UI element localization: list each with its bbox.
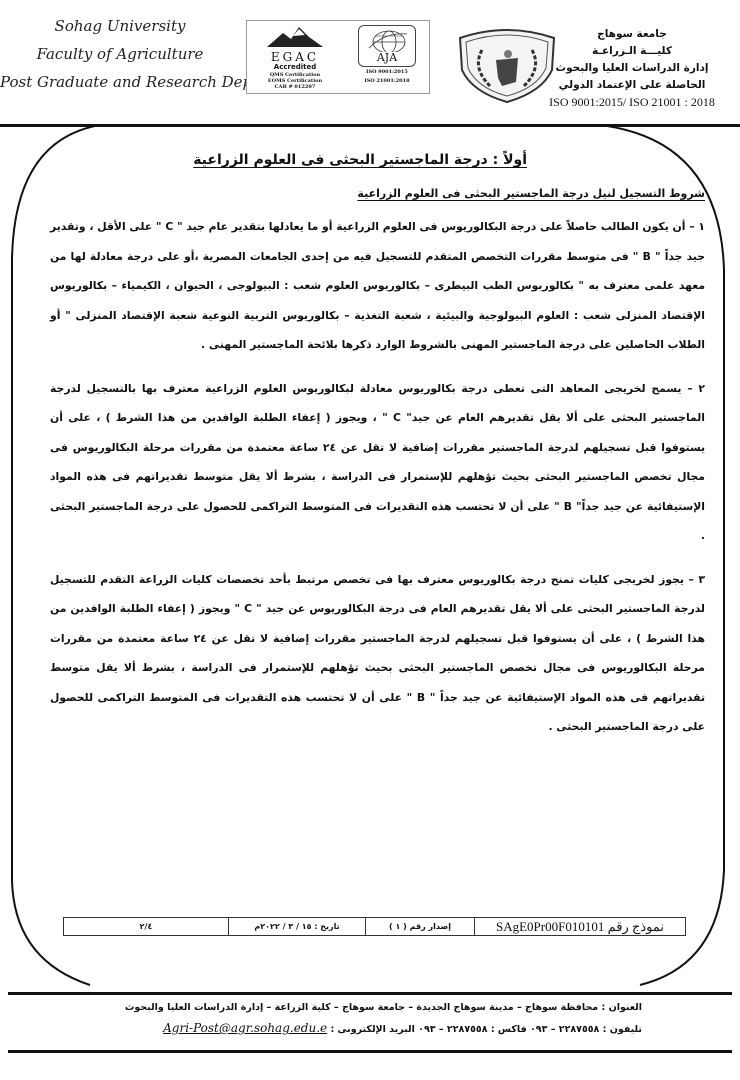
section-title: أولاً : درجة الماجستير البحثى فى العلوم … xyxy=(50,150,527,170)
university-line-ar: جامعة سوهاج xyxy=(542,26,722,43)
aja-logo: AJA ISO 9001:2015 ISO 21001:2018 xyxy=(353,25,421,85)
header-divider xyxy=(0,124,740,127)
form-number: نموذج رقم SAgE0Pr00F010101 xyxy=(474,918,685,935)
department-line-ar: إدارة الدراسات العليا والبحوث xyxy=(542,60,722,77)
university-name-arabic: جامعة سوهاج كليـــة الـزراعـة إدارة الدر… xyxy=(542,26,722,111)
footer-address: العنوان : محافظة سوهاج – مدينة سوهاج الج… xyxy=(125,998,642,1018)
footer: العنوان : محافظة سوهاج – مدينة سوهاج الج… xyxy=(125,998,642,1040)
department-line: Post Graduate and Research Depart. xyxy=(0,68,240,96)
footer-contact: تليفون : ٢٢٨٧٥٥٨ – ٠٩٣ فاكس : ٢٢٨٧٥٥٨ – … xyxy=(125,1018,642,1040)
version-number: إصدار رقم ( ١ ) xyxy=(365,918,474,935)
aja-iso-line: ISO 9001:2015 xyxy=(353,69,421,76)
document-body: أولاً : درجة الماجستير البحثى فى العلوم … xyxy=(50,150,705,742)
form-info-table: نموذج رقم SAgE0Pr00F010101 إصدار رقم ( ١… xyxy=(63,917,686,936)
footer-divider-top xyxy=(8,992,732,995)
page-number: ٢/٤ xyxy=(64,918,228,935)
globe-icon xyxy=(365,28,409,52)
accreditation-line-ar: الحاصلة على الإعتماد الدولي xyxy=(542,77,722,94)
faculty-line-ar: كليـــة الـزراعـة xyxy=(542,43,722,60)
section-subtitle: شروط التسجيل لنيل درجة الماجستير البحثى … xyxy=(50,186,705,202)
university-line: Sohag University xyxy=(0,12,240,40)
accreditation-logos: EGAC Accredited QMS Certification EOMS C… xyxy=(246,20,430,94)
issue-date: تاريخ : ١٥ / ٣ / ٢٠٢٢م xyxy=(228,918,365,935)
footer-email-link[interactable]: Agri-Post@agr.sohag.edu.e xyxy=(163,1018,327,1038)
aja-iso-line: ISO 21001:2018 xyxy=(353,78,421,85)
iso-line: ISO 9001:2015/ ISO 21001 : 2018 xyxy=(542,94,722,111)
egac-accredited: Accredited xyxy=(251,63,339,72)
egac-logo: EGAC Accredited QMS Certification EOMS C… xyxy=(251,23,339,90)
condition-paragraph-1: ١ – أن يكون الطالب حاصلاً على درجة البكا… xyxy=(50,212,705,360)
faculty-line: Faculty of Agriculture xyxy=(0,40,240,68)
footer-phone-fax: تليفون : ٢٢٨٧٥٥٨ – ٠٩٣ فاكس : ٢٢٨٧٥٥٨ – … xyxy=(330,1024,642,1035)
aja-name: AJA xyxy=(359,51,415,64)
egac-name: EGAC xyxy=(251,51,339,63)
condition-paragraph-3: ٣ – يجوز لخريجى كليات تمنح درجة بكالوريو… xyxy=(50,565,705,742)
university-name-english: Sohag University Faculty of Agriculture … xyxy=(0,12,240,96)
condition-paragraph-2: ٢ – يسمح لخريجى المعاهد التى تعطى درجة ب… xyxy=(50,374,705,551)
mountain-icon xyxy=(265,25,325,47)
footer-divider-bottom xyxy=(8,1050,732,1053)
aja-badge: AJA xyxy=(358,25,416,67)
egac-line: CAB # 012207 xyxy=(251,84,339,90)
